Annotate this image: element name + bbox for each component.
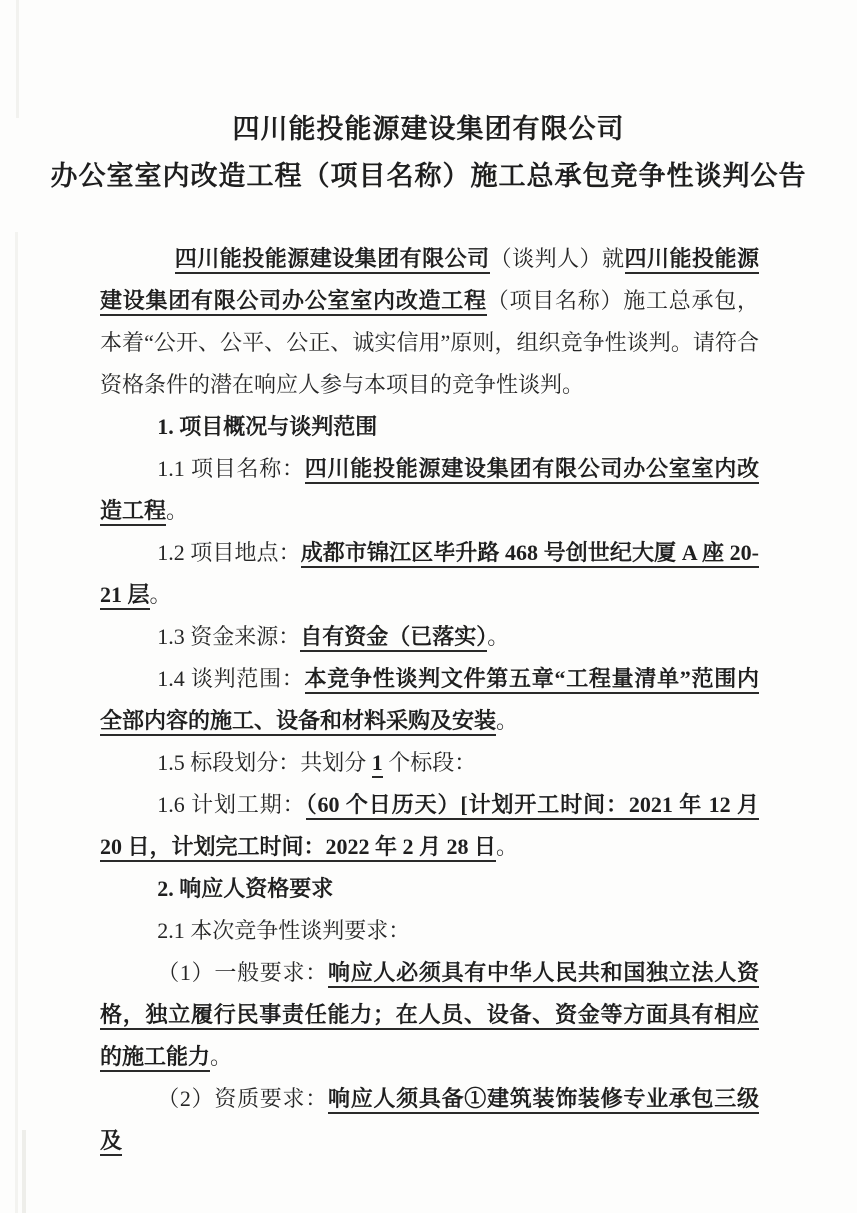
punctuation: 。 xyxy=(487,624,509,649)
negotiator-name-value: 四川能投能源建设集团有限公司 xyxy=(175,246,490,274)
punctuation: 。 xyxy=(210,1044,232,1069)
field-label: 1.3 资金来源： xyxy=(157,624,300,649)
text-run: 2.1 本次竞争性谈判要求： xyxy=(157,918,410,943)
item-1-2-project-location: 1.2 项目地点：成都市锦江区毕升路 468 号创世纪大厦 A 座 20-21 … xyxy=(100,532,759,616)
document-title: 四川能投能源建设集团有限公司 办公室室内改造工程（项目名称）施工总承包竞争性谈判… xyxy=(0,0,857,200)
field-label: 1.6 计划工期： xyxy=(157,792,305,817)
paragraph-intro: 四川能投能源建设集团有限公司（谈判人）就四川能投能源建设集团有限公司办公室室内改… xyxy=(100,238,759,406)
item-2-1-requirements-intro: 2.1 本次竞争性谈判要求： xyxy=(100,910,759,952)
item-general-requirements: （1）一般要求：响应人必须具有中华人民共和国独立法人资格，独立履行民事责任能力；… xyxy=(100,952,759,1078)
field-label: （1）一般要求： xyxy=(157,960,328,985)
item-qualification-requirements: （2）资质要求：响应人须具备①建筑装饰装修专业承包三级及 xyxy=(100,1078,759,1162)
punctuation: 。 xyxy=(166,498,188,523)
text-run: （谈判人）就 xyxy=(490,246,625,271)
document-page: 四川能投能源建设集团有限公司 办公室室内改造工程（项目名称）施工总承包竞争性谈判… xyxy=(0,0,857,1213)
title-line-1: 四川能投能源建设集团有限公司 xyxy=(0,106,857,153)
field-label: 1.5 标段划分：共划分 xyxy=(157,750,372,775)
item-1-5-bid-sections: 1.5 标段划分：共划分 1 个标段： xyxy=(100,742,759,784)
section-1-heading: 1. 项目概况与谈判范围 xyxy=(100,406,759,448)
punctuation: 。 xyxy=(496,834,518,859)
item-1-4-negotiation-scope: 1.4 谈判范围：本竞争性谈判文件第五章“工程量清单”范围内全部内容的施工、设备… xyxy=(100,658,759,742)
field-label: 1.2 项目地点： xyxy=(157,540,301,565)
item-1-6-planned-schedule: 1.6 计划工期：（60 个日历天）[计划开工时间：2021 年 12 月 20… xyxy=(100,784,759,868)
section-2-heading: 2. 响应人资格要求 xyxy=(100,868,759,910)
punctuation: 。 xyxy=(496,708,518,733)
title-line-2: 办公室室内改造工程（项目名称）施工总承包竞争性谈判公告 xyxy=(0,153,857,200)
item-1-3-funding-source: 1.3 资金来源：自有资金（已落实）。 xyxy=(100,616,759,658)
text-run: 个标段： xyxy=(383,750,477,775)
scanned-document: { "doc_title": { "line1": "四川能投能源建设集团有限公… xyxy=(0,0,857,1213)
field-label: （2）资质要求： xyxy=(157,1086,328,1111)
field-label: 1.4 谈判范围： xyxy=(157,666,304,691)
item-1-1-project-name: 1.1 项目名称：四川能投能源建设集团有限公司办公室室内改造工程。 xyxy=(100,448,759,532)
document-body: 四川能投能源建设集团有限公司（谈判人）就四川能投能源建设集团有限公司办公室室内改… xyxy=(0,238,857,1162)
section-count-value: 1 xyxy=(372,750,383,778)
field-label: 1.1 项目名称： xyxy=(157,456,305,481)
heading-text: 2. 响应人资格要求 xyxy=(157,876,333,901)
field-value: 自有资金（已落实） xyxy=(300,624,487,652)
punctuation: 。 xyxy=(150,582,172,607)
heading-text: 1. 项目概况与谈判范围 xyxy=(157,414,377,439)
